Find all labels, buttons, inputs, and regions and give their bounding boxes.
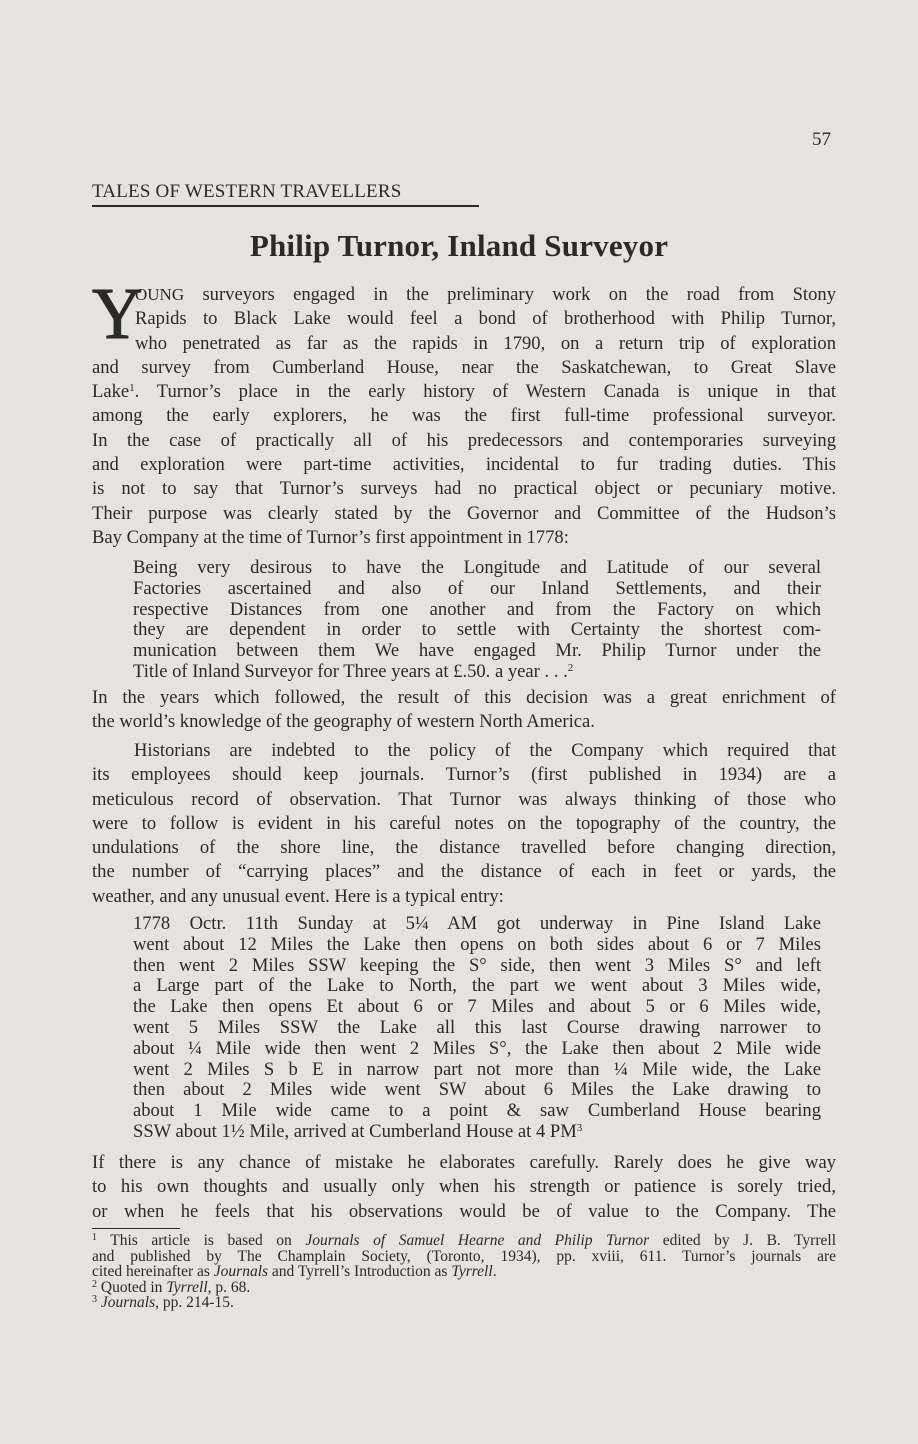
text-line: meticulous record of observation. That T…	[92, 788, 836, 812]
intro-paragraph: OUNG surveyors engaged in the preliminar…	[92, 283, 836, 550]
quote-line: the Lake then opens Et about 6 or 7 Mile…	[133, 997, 821, 1018]
section-header: TALES OF WESTERN TRAVELLERS	[92, 181, 479, 207]
footnote-ref[interactable]: 3	[577, 1122, 583, 1134]
text-line: among the early explorers, he was the fi…	[92, 404, 836, 428]
text-line: to his own thoughts and usually only whe…	[92, 1175, 836, 1199]
text-line: were to follow is evident in his careful…	[92, 812, 836, 836]
text-line: its employees should keep journals. Turn…	[92, 763, 836, 787]
footnote-2: 2 Quoted in Tyrrell, p. 68.	[92, 1280, 836, 1296]
text-line: the world’s knowledge of the geography o…	[92, 710, 836, 734]
text-line: or when he feels that his observations w…	[92, 1200, 836, 1224]
text-line: and exploration were part-time activitie…	[92, 453, 836, 477]
text-line: Historians are indebted to the policy of…	[92, 739, 836, 763]
quote-line: about ¼ Mile wide then went 2 Miles S°, …	[133, 1039, 821, 1060]
block-quote-2: 1778 Octr. 11th Sunday at 5¼ AM got unde…	[133, 914, 821, 1143]
footnote-1-line-2: and published by The Champlain Society, …	[92, 1249, 836, 1265]
quote-line: a Large part of the Lake to North, the p…	[133, 976, 821, 997]
text-line: is not to say that Turnor’s surveys had …	[92, 477, 836, 501]
text-line: who penetrated as far as the rapids in 1…	[92, 332, 836, 356]
quote-line: about 1 Mile wide came to a point & saw …	[133, 1101, 821, 1122]
text-line: OUNG surveyors engaged in the preliminar…	[92, 283, 836, 307]
paragraph-3: Historians are indebted to the policy of…	[92, 739, 836, 909]
quote-line: went about 12 Miles the Lake then opens …	[133, 935, 821, 956]
footnotes: 1 This article is based on Journals of S…	[92, 1233, 836, 1311]
quote-line: went 5 Miles SSW the Lake all this last …	[133, 1018, 821, 1039]
text-line: Rapids to Black Lake would feel a bond o…	[92, 307, 836, 331]
footnote-3: 3 Journals, pp. 214-15.	[92, 1295, 836, 1311]
text-line: In the case of practically all of his pr…	[92, 429, 836, 453]
quote-line: then about 2 Miles wide went SW about 6 …	[133, 1080, 821, 1101]
quote-line: munication between them We have engaged …	[133, 641, 821, 662]
quote-line: SSW about 1½ Mile, arrived at Cumberland…	[133, 1122, 821, 1143]
quote-line: Being very desirous to have the Longitud…	[133, 558, 821, 579]
text-line: the number of “carrying places” and the …	[92, 860, 836, 884]
footnote-ref[interactable]: 2	[568, 662, 574, 674]
quote-line: went 2 Miles S b E in narrow part not mo…	[133, 1060, 821, 1081]
block-quote-1: Being very desirous to have the Longitud…	[133, 558, 821, 683]
footnote-1-line-3: cited hereinafter as Journals and Tyrrel…	[92, 1264, 836, 1280]
text-line: Their purpose was clearly stated by the …	[92, 502, 836, 526]
quote-line: respective Distances from one another an…	[133, 600, 821, 621]
text-line: In the years which followed, the result …	[92, 686, 836, 710]
text-line: and survey from Cumberland House, near t…	[92, 356, 836, 380]
paragraph-4: If there is any chance of mistake he ela…	[92, 1151, 836, 1224]
text-line: weather, and any unusual event. Here is …	[92, 885, 836, 909]
article-title: Philip Turnor, Inland Surveyor	[0, 228, 918, 264]
quote-line: Factories ascertained and also of our In…	[133, 579, 821, 600]
quote-line: 1778 Octr. 11th Sunday at 5¼ AM got unde…	[133, 914, 821, 935]
quote-line: they are dependent in order to settle wi…	[133, 620, 821, 641]
page-number: 57	[812, 129, 831, 151]
footnote-rule	[92, 1228, 180, 1229]
quote-line: then went 2 Miles SSW keeping the S° sid…	[133, 956, 821, 977]
paragraph-2: In the years which followed, the result …	[92, 686, 836, 735]
text-line: undulations of the shore line, the dista…	[92, 836, 836, 860]
footnote-1: 1 This article is based on Journals of S…	[92, 1233, 836, 1249]
text-line: Lake1. Turnor’s place in the early histo…	[92, 380, 836, 404]
text-line: Bay Company at the time of Turnor’s firs…	[92, 526, 836, 550]
quote-line: Title of Inland Surveyor for Three years…	[133, 662, 821, 683]
text-line: If there is any chance of mistake he ela…	[92, 1151, 836, 1175]
